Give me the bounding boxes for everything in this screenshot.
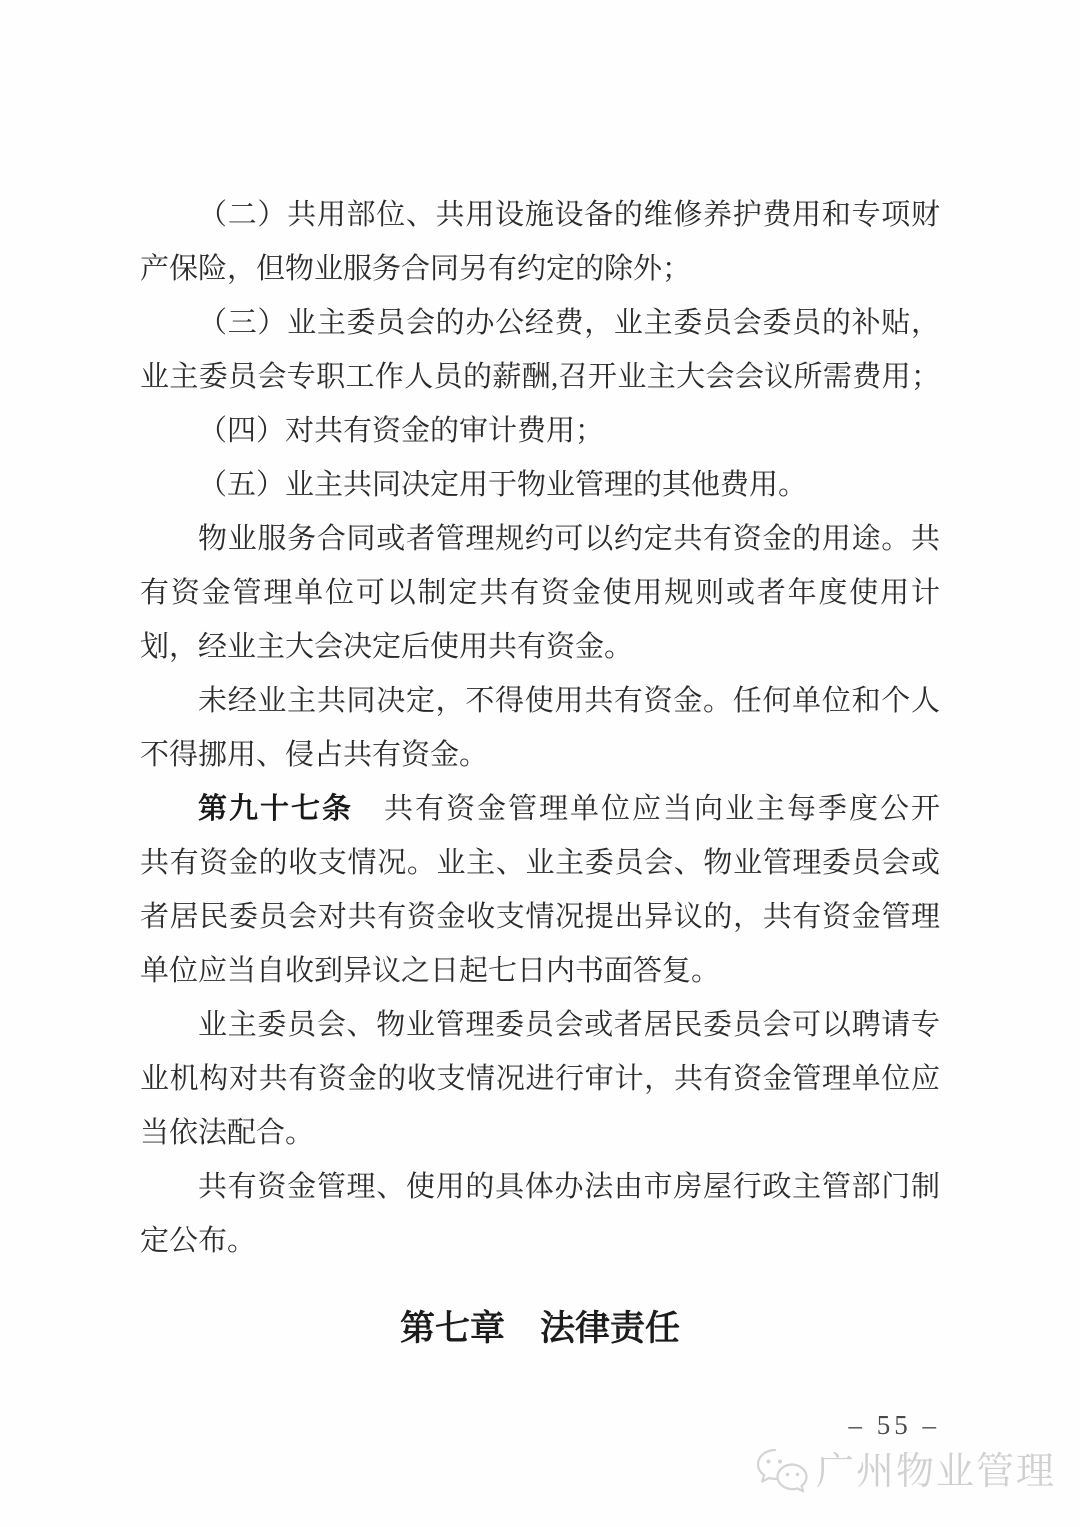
text-line: 划，经业主大会决定后使用共有资金。 xyxy=(140,620,940,674)
text-line: （五）业主共同决定用于物业管理的其他费用。 xyxy=(140,458,940,512)
line-text: 划，经业主大会决定后使用共有资金。 xyxy=(140,631,633,663)
line-text: 未经业主共同决定，不得使用共有资金。任何单位和个人 xyxy=(198,685,940,717)
line-text: 者居民委员会对共有资金收支情况提出异议的，共有资金管理 xyxy=(140,901,940,933)
line-text: 单位应当自收到异议之日起七日内书面答复。 xyxy=(140,955,720,987)
line-text: （五）业主共同决定用于物业管理的其他费用。 xyxy=(198,469,807,501)
line-text: 共有资金管理单位应当向业主每季度公开 xyxy=(353,793,940,825)
line-text: 业主委员会、物业管理委员会或者居民委员会可以聘请专 xyxy=(198,1009,940,1041)
text-line: 共有资金管理、使用的具体办法由市房屋行政主管部门制 xyxy=(140,1160,940,1214)
line-text: 业主委员会专职工作人员的薪酬,召开业主大会会议所需费用； xyxy=(140,361,940,393)
text-line: 业机构对共有资金的收支情况进行审计，共有资金管理单位应 xyxy=(140,1052,940,1106)
chapter-heading: 第七章 法律责任 xyxy=(0,1300,1080,1358)
article-number: 第九十七条 xyxy=(198,793,353,825)
line-text: 物业服务合同或者管理规约可以约定共有资金的用途。共 xyxy=(198,523,940,555)
wechat-icon xyxy=(754,1447,810,1497)
watermark: 广州物业管理 xyxy=(754,1447,1056,1497)
text-line: （三）业主委员会的办公经费，业主委员会委员的补贴， xyxy=(140,296,940,350)
line-text: （二）共用部位、共用设施设备的维修养护费用和专项财 xyxy=(198,199,940,231)
text-line: 定公布。 xyxy=(140,1214,940,1268)
text-line: 者居民委员会对共有资金收支情况提出异议的，共有资金管理 xyxy=(140,890,940,944)
text-line: 业主委员会专职工作人员的薪酬,召开业主大会会议所需费用； xyxy=(140,350,940,404)
watermark-text: 广州物业管理 xyxy=(816,1447,1056,1497)
line-text: 业机构对共有资金的收支情况进行审计，共有资金管理单位应 xyxy=(140,1063,940,1095)
text-line: 业主委员会、物业管理委员会或者居民委员会可以聘请专 xyxy=(140,998,940,1052)
line-text: 定公布。 xyxy=(140,1225,256,1257)
text-line: （二）共用部位、共用设施设备的维修养护费用和专项财 xyxy=(140,188,940,242)
page-number: – 55 – xyxy=(849,1408,941,1442)
text-line: （四）对共有资金的审计费用； xyxy=(140,404,940,458)
line-text: 产保险，但物业服务合同另有约定的除外； xyxy=(140,253,691,285)
text-line: 物业服务合同或者管理规约可以约定共有资金的用途。共 xyxy=(140,512,940,566)
line-text: 当依法配合。 xyxy=(140,1117,314,1149)
line-text: （三）业主委员会的办公经费，业主委员会委员的补贴， xyxy=(198,307,940,339)
text-line: 有资金管理单位可以制定共有资金使用规则或者年度使用计 xyxy=(140,566,940,620)
text-line: 当依法配合。 xyxy=(140,1106,940,1160)
line-text: （四）对共有资金的审计费用； xyxy=(198,415,604,447)
line-text: 共有资金管理、使用的具体办法由市房屋行政主管部门制 xyxy=(198,1171,940,1203)
text-line: 第九十七条 共有资金管理单位应当向业主每季度公开 xyxy=(140,782,940,836)
text-line: 不得挪用、侵占共有资金。 xyxy=(140,728,940,782)
text-line: 共有资金的收支情况。业主、业主委员会、物业管理委员会或 xyxy=(140,836,940,890)
text-line: 单位应当自收到异议之日起七日内书面答复。 xyxy=(140,944,940,998)
line-text: 不得挪用、侵占共有资金。 xyxy=(140,739,488,771)
text-line: 产保险，但物业服务合同另有约定的除外； xyxy=(140,242,940,296)
line-text: 共有资金的收支情况。业主、业主委员会、物业管理委员会或 xyxy=(140,847,940,879)
document-page: （二）共用部位、共用设施设备的维修养护费用和专项财产保险，但物业服务合同另有约定… xyxy=(0,0,1080,1527)
text-line: 未经业主共同决定，不得使用共有资金。任何单位和个人 xyxy=(140,674,940,728)
document-body: （二）共用部位、共用设施设备的维修养护费用和专项财产保险，但物业服务合同另有约定… xyxy=(140,188,940,1268)
line-text: 有资金管理单位可以制定共有资金使用规则或者年度使用计 xyxy=(140,577,940,609)
